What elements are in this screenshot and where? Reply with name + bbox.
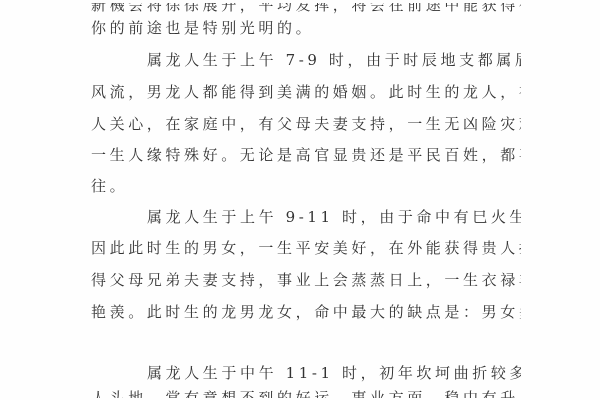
paragraph-line: 人头地，常有意想不到的好运。事业方面，稳中有升，能够成为一方的栋梁之材。 (91, 388, 521, 400)
document-page: 新機会将徐徐展开，平均发挥，将会在前途中能获得很多的帮助和机会。 你的前途也是特… (0, 0, 600, 400)
paragraph-line: 你的前途也是特别光明的。 (91, 18, 521, 38)
paragraph-line: 得父母兄弟夫妻支持，事业上会蒸蒸日上，一生衣禄丰裕，受别人 (91, 270, 521, 290)
paragraph-line: 往。 (91, 176, 521, 196)
paragraph-line: 因此此时生的男女，一生平安美好，在外能获得贵人扶持，在内能 (91, 238, 521, 258)
paragraph-first-line: 属龙人生于上午 7-9 时，由于时辰地支都属辰，一生美好 (147, 50, 521, 70)
paragraph-line: 人关心，在家庭中，有父母夫妻支持，一生无凶险灾难。此时生人， (91, 114, 521, 134)
paragraph-line: 新機会将徐徐展开，平均发挥，将会在前途中能获得很多的帮助和机会。 (91, 0, 521, 15)
paragraph-line: 艳羡。此时生的龙男龙女，命中最大的缺点是：男女多有二婚现象。 (91, 302, 521, 322)
paragraph-line: 一生人缘特殊好。无论是高官显贵还是平民百姓，都喜爱和他们交 (91, 145, 521, 165)
paragraph-line: 风流，男龙人都能得到美满的婚姻。此时生的龙人，在事业上有贵 (91, 82, 521, 102)
paragraph-first-line: 属龙人生于中午 11-1 时，初年坎坷曲折较多，中晚年出 (147, 363, 521, 383)
paragraph-first-line: 属龙人生于上午 9-11 时，由于命中有巳火生辰土的格局。 (147, 207, 521, 227)
